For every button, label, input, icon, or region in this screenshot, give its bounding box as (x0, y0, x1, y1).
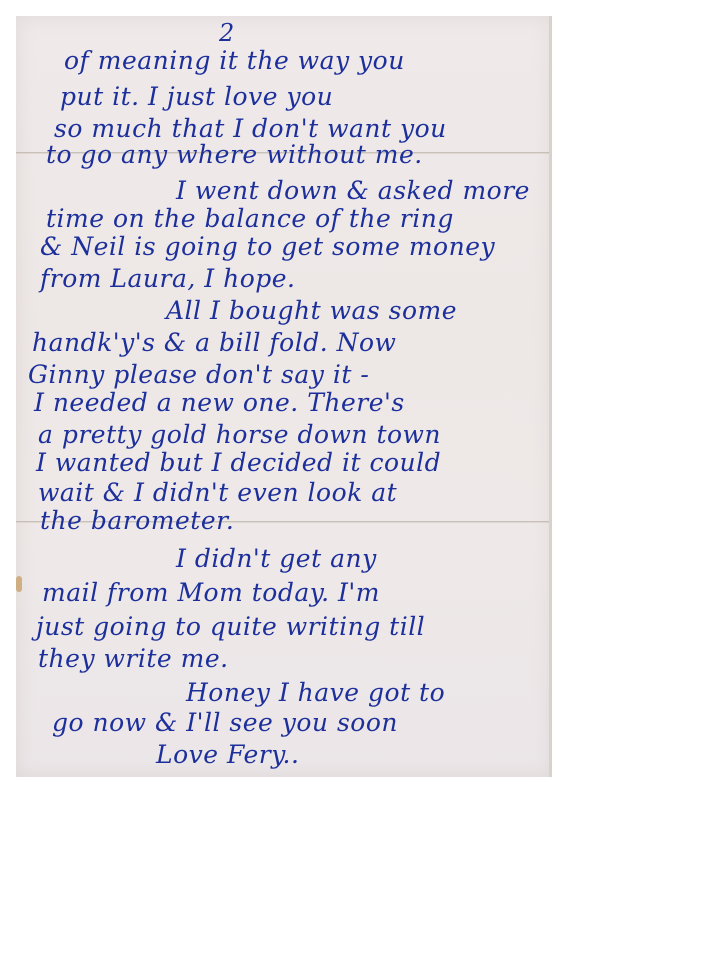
letter-line-20: they write me. (38, 644, 229, 674)
letter-line-15: wait & I didn't even look at (38, 478, 397, 508)
letter-line-12: I needed a new one. There's (34, 388, 405, 418)
letter-line-8: from Laura, I hope. (40, 264, 295, 294)
letter-line-19: just going to quite writing till (36, 612, 425, 642)
letter-line-16: the barometer. (40, 506, 234, 536)
page-number: 2 (219, 18, 235, 48)
letter-line-9: All I bought was some (166, 296, 457, 326)
letter-line-17: I didn't get any (176, 544, 377, 574)
letter-paper: 2 of meaning it the way you put it. I ju… (16, 16, 552, 777)
letter-line-13: a pretty gold horse down town (38, 420, 441, 450)
letter-signoff: Love Fery.. (156, 740, 299, 770)
letter-line-6: time on the balance of the ring (46, 204, 454, 234)
letter-line-11: Ginny please don't say it - (28, 360, 369, 390)
page-canvas: 2 of meaning it the way you put it. I ju… (0, 0, 720, 960)
letter-line-14: I wanted but I decided it could (36, 448, 441, 478)
letter-line-22: go now & I'll see you soon (52, 708, 398, 738)
letter-line-10: handk'y's & a bill fold. Now (32, 328, 396, 358)
letter-line-1: of meaning it the way you (64, 46, 405, 76)
letter-line-18: mail from Mom today. I'm (42, 578, 380, 608)
letter-line-21: Honey I have got to (186, 678, 445, 708)
letter-line-5: I went down & asked more (176, 176, 530, 206)
letter-line-2: put it. I just love you (60, 82, 333, 112)
paper-edge (549, 16, 552, 777)
letter-line-4: to go any where without me. (46, 140, 423, 170)
letter-line-7: & Neil is going to get some money (40, 232, 495, 262)
stain-mark (16, 576, 22, 592)
